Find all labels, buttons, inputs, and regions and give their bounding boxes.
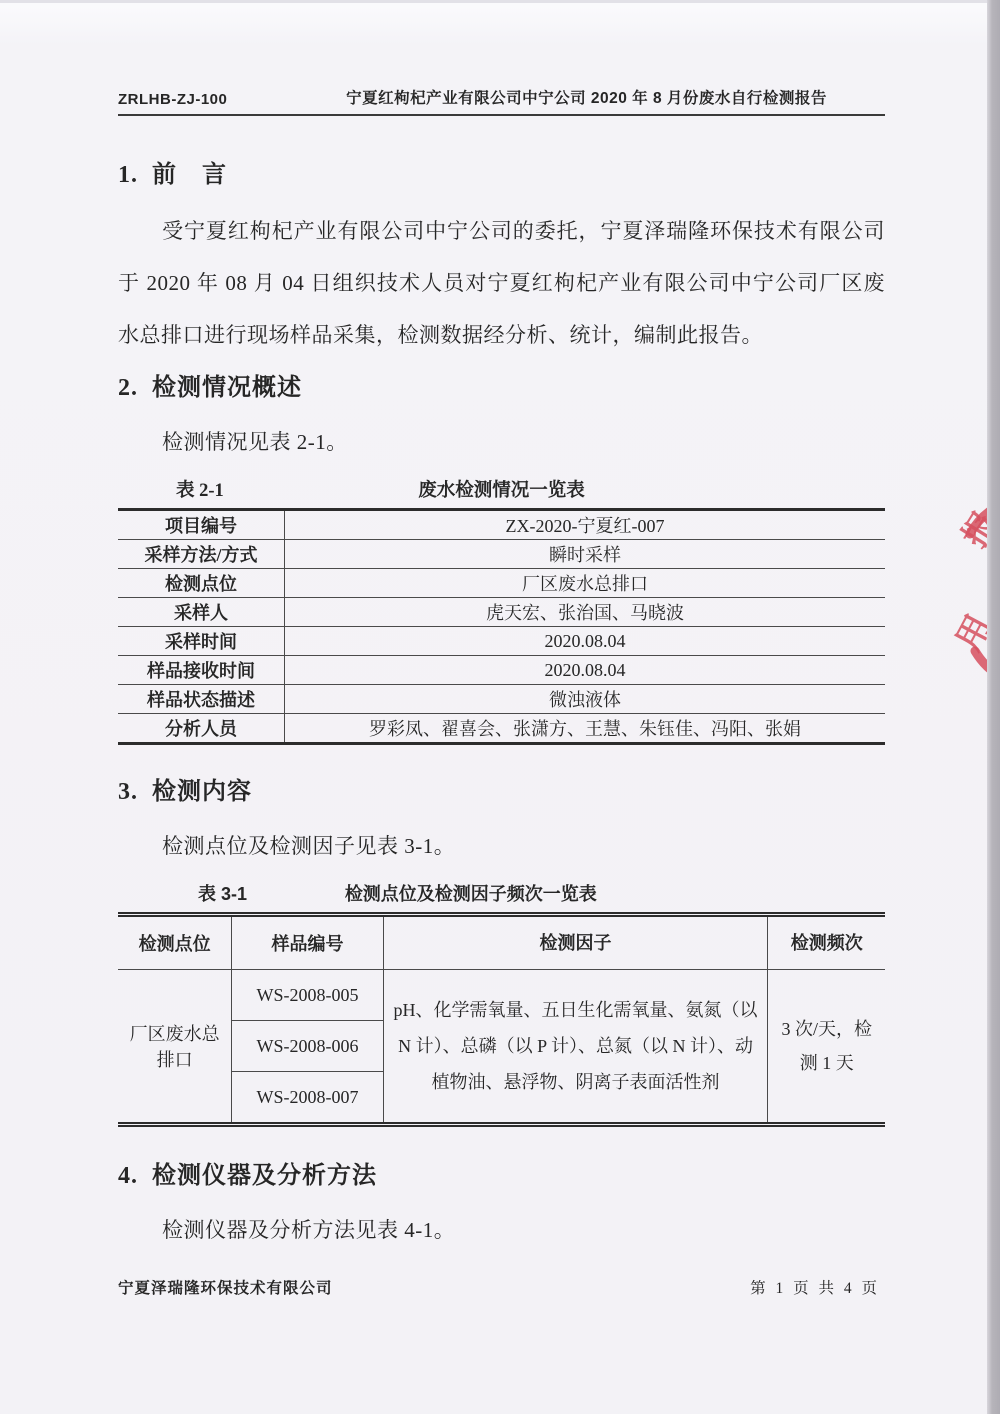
column-header-frequency: 检测频次 — [768, 915, 885, 970]
table-3-1: 检测点位 样品编号 检测因子 检测频次 厂区废水总排口 WS-2008-005 … — [118, 912, 885, 1127]
section-2-intro: 检测情况见表 2-1。 — [118, 426, 885, 456]
row-value: 罗彩凤、翟喜会、张潇方、王慧、朱钰佳、冯阳、张娟 — [285, 714, 886, 744]
column-header-sample: 样品编号 — [232, 915, 383, 970]
table-2-1-caption: 表 2-1 废水检测情况一览表 — [118, 476, 885, 504]
page-content: ZRLHB-ZJ-100 宁夏红枸杞产业有限公司中宁公司 2020 年 8 月份… — [118, 0, 885, 1244]
document-code: ZRLHB-ZJ-100 — [118, 91, 288, 108]
sample-id-cell: WS-2008-006 — [232, 1021, 383, 1072]
document-header-title: 宁夏红枸杞产业有限公司中宁公司 2020 年 8 月份废水自行检测报告 — [288, 86, 885, 108]
footer-page-number: 第 1 页 共 4 页 — [750, 1276, 880, 1298]
row-value: 2020.08.04 — [285, 656, 886, 685]
row-value: 厂区废水总排口 — [285, 569, 886, 598]
row-label: 采样方法/方式 — [118, 540, 285, 569]
table-row: 样品接收时间 2020.08.04 — [118, 656, 885, 685]
table-2-1-label: 表 2-1 — [176, 476, 224, 502]
page-footer: 宁夏泽瑞隆环保技术有限公司 第 1 页 共 4 页 — [118, 1276, 880, 1298]
row-value: 微浊液体 — [285, 685, 886, 714]
table-row: 厂区废水总排口 WS-2008-005 pH、化学需氧量、五日生化需氧量、氨氮（… — [118, 970, 885, 1021]
row-label: 样品状态描述 — [118, 685, 285, 714]
monitoring-point-cell: 厂区废水总排口 — [118, 970, 232, 1125]
row-value: 虎天宏、张治国、马晓波 — [285, 598, 886, 627]
section-2-heading: 2. 检测情况概述 — [118, 367, 885, 402]
table-row: 采样方法/方式 瞬时采样 — [118, 540, 885, 569]
table-row: 检测点位 厂区废水总排口 — [118, 569, 885, 598]
table-2-1: 项目编号 ZX-2020-宁夏红-007 采样方法/方式 瞬时采样 检测点位 厂… — [118, 508, 885, 745]
sample-id-cell: WS-2008-005 — [232, 970, 383, 1021]
section-4-heading: 4. 检测仪器及分析方法 — [118, 1155, 885, 1190]
section-3-intro: 检测点位及检测因子见表 3-1。 — [118, 830, 885, 860]
table-header-row: 检测点位 样品编号 检测因子 检测频次 — [118, 915, 885, 970]
table-row: 样品状态描述 微浊液体 — [118, 685, 885, 714]
table-row: 项目编号 ZX-2020-宁夏红-007 — [118, 510, 885, 540]
report-page: ZRLHB-ZJ-100 宁夏红枸杞产业有限公司中宁公司 2020 年 8 月份… — [0, 0, 1000, 1414]
section-1-heading: 1. 前 言 — [118, 154, 885, 189]
factors-cell: pH、化学需氧量、五日生化需氧量、氨氮（以 N 计）、总磷（以 P 计）、总氮（… — [383, 970, 768, 1125]
table-2-1-title: 废水检测情况一览表 — [418, 476, 585, 502]
section-4-intro: 检测仪器及分析方法见表 4-1。 — [118, 1214, 885, 1244]
row-label: 采样人 — [118, 598, 285, 627]
footer-company: 宁夏泽瑞隆环保技术有限公司 — [118, 1276, 333, 1298]
frequency-cell: 3 次/天，检测 1 天 — [768, 970, 885, 1125]
row-label: 采样时间 — [118, 627, 285, 656]
row-label: 样品接收时间 — [118, 656, 285, 685]
table-3-1-caption: 表 3-1 检测点位及检测因子频次一览表 — [118, 880, 885, 908]
section-3-heading: 3. 检测内容 — [118, 771, 885, 806]
row-label: 检测点位 — [118, 569, 285, 598]
row-value: ZX-2020-宁夏红-007 — [285, 510, 886, 540]
table-row: 分析人员 罗彩凤、翟喜会、张潇方、王慧、朱钰佳、冯阳、张娟 — [118, 714, 885, 744]
table-row: 采样人 虎天宏、张治国、马晓波 — [118, 598, 885, 627]
row-label: 项目编号 — [118, 510, 285, 540]
scan-right-edge — [987, 0, 1000, 1414]
section-1-paragraph: 受宁夏红枸杞产业有限公司中宁公司的委托，宁夏泽瑞隆环保技术有限公司于 2020 … — [118, 205, 885, 361]
sample-id-cell: WS-2008-007 — [232, 1072, 383, 1125]
column-header-factors: 检测因子 — [383, 915, 768, 970]
row-label: 分析人员 — [118, 714, 285, 744]
table-row: 采样时间 2020.08.04 — [118, 627, 885, 656]
row-value: 2020.08.04 — [285, 627, 886, 656]
row-value: 瞬时采样 — [285, 540, 886, 569]
table-3-1-title: 检测点位及检测因子频次一览表 — [345, 880, 597, 906]
table-3-1-label: 表 3-1 — [198, 880, 247, 906]
page-header: ZRLHB-ZJ-100 宁夏红枸杞产业有限公司中宁公司 2020 年 8 月份… — [118, 86, 885, 116]
column-header-point: 检测点位 — [118, 915, 232, 970]
